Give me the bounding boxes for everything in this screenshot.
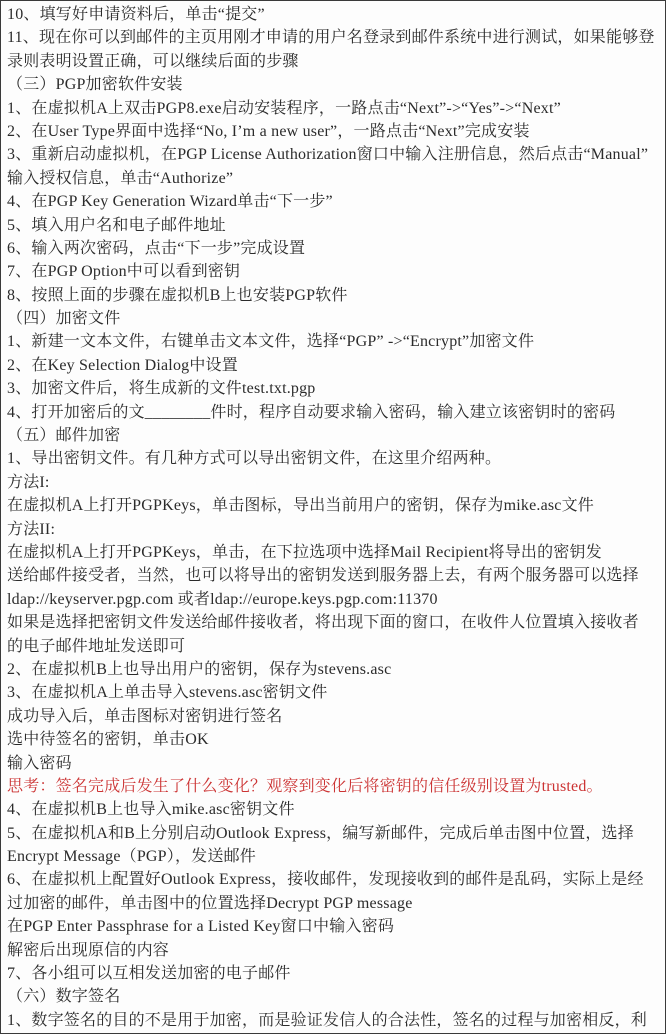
doc-line: 7、各小组可以互相发送加密的电子邮件 — [7, 962, 661, 985]
doc-line: 1、导出密钥文件。有几种方式可以导出密钥文件，在这里介绍两种。 — [7, 447, 661, 470]
doc-line: 输入授权信息，单击“Authorize” — [7, 167, 661, 190]
doc-line: 输入密码 — [7, 752, 661, 775]
doc-section-heading: （五）邮件加密 — [7, 424, 661, 447]
doc-line: 4、打开加密后的文________件时，程序自动要求输入密码，输入建立该密钥时的… — [7, 401, 661, 424]
doc-line: 3、重新启动虚拟机，在PGP License Authorization窗口中输… — [7, 143, 661, 166]
doc-line: 6、在虚拟机上配置好Outlook Express，接收邮件，发现接收到的邮件是… — [7, 868, 661, 891]
doc-line: 1、在虚拟机A上双击PGP8.exe启动安装程序，一路点击“Next”->“Ye… — [7, 97, 661, 120]
doc-line: 2、在虚拟机B上也导出用户的密钥，保存为stevens.asc — [7, 658, 661, 681]
doc-line: 方法II: — [7, 518, 661, 541]
doc-line-thinking-note: 思考：签名完成后发生了什么变化？观察到变化后将密钥的信任级别设置为trusted… — [7, 775, 661, 798]
doc-line: 方法I: — [7, 471, 661, 494]
doc-line: 7、在PGP Option中可以看到密钥 — [7, 260, 661, 283]
document-page: 10、填写好申请资料后，单击“提交” 11、现在你可以到邮件的主页用刚才申请的用… — [0, 0, 666, 1034]
doc-section-heading: （三）PGP加密软件安装 — [7, 73, 661, 96]
doc-line: 4、在PGP Key Generation Wizard单击“下一步” — [7, 190, 661, 213]
doc-line: 1、数字签名的目的不是用于加密，而是验证发信人的合法性，签名的过程与加密相反，利 — [7, 1009, 661, 1032]
doc-line: 10、填写好申请资料后，单击“提交” — [7, 3, 661, 26]
doc-line: 送给邮件接受者，当然，也可以将导出的密钥发送到服务器上去，有两个服务器可以选择 — [7, 564, 661, 587]
doc-line: 解密后出现原信的内容 — [7, 939, 661, 962]
doc-line: 选中待签名的密钥，单击OK — [7, 728, 661, 751]
doc-line: 过加密的邮件，单击图中的位置选择Decrypt PGP message — [7, 892, 661, 915]
doc-line: 8、按照上面的步骤在虚拟机B上也安装PGP软件 — [7, 284, 661, 307]
doc-line: 2、在User Type界面中选择“No, I’m a new user”，一路… — [7, 120, 661, 143]
doc-line: Encrypt Message（PGP），发送邮件 — [7, 845, 661, 868]
doc-line: 在PGP Enter Passphrase for a Listed Key窗口… — [7, 915, 661, 938]
doc-line: 1、新建一文本文件，右键单击文本文件，选择“PGP” ->“Encrypt”加密… — [7, 330, 661, 353]
doc-line: 11、现在你可以到邮件的主页用刚才申请的用户名登录到邮件系统中进行测试，如果能够… — [7, 26, 661, 49]
doc-line: 在虚拟机A上打开PGPKeys，单击图标，导出当前用户的密钥，保存为mike.a… — [7, 494, 661, 517]
doc-line: 3、在虚拟机A上单击导入stevens.asc密钥文件 — [7, 681, 661, 704]
doc-line: 如果是选择把密钥文件发送给邮件接收者，将出现下面的窗口，在收件人位置填入接收者 — [7, 611, 661, 634]
doc-line: 5、在虚拟机A和B上分别启动Outlook Express，编写新邮件，完成后单… — [7, 822, 661, 845]
doc-section-heading: （六）数字签名 — [7, 985, 661, 1008]
doc-line: 3、加密文件后，将生成新的文件test.txt.pgp — [7, 377, 661, 400]
doc-line: 在虚拟机A上打开PGPKeys，单击，在下拉选项中选择Mail Recipien… — [7, 541, 661, 564]
doc-line: 5、填入用户名和电子邮件地址 — [7, 214, 661, 237]
doc-line: 录则表明设置正确，可以继续后面的步骤 — [7, 50, 661, 73]
doc-line: 的电子邮件地址发送即可 — [7, 635, 661, 658]
doc-line: 2、在Key Selection Dialog中设置 — [7, 354, 661, 377]
doc-line: 4、在虚拟机B上也导入mike.asc密钥文件 — [7, 798, 661, 821]
doc-line: 成功导入后，单击图标对密钥进行签名 — [7, 705, 661, 728]
doc-section-heading: （四）加密文件 — [7, 307, 661, 330]
doc-line-ldap-urls: ldap://keyserver.pgp.com 或者ldap://europe… — [7, 588, 661, 611]
doc-line: 6、输入两次密码，点击“下一步”完成设置 — [7, 237, 661, 260]
